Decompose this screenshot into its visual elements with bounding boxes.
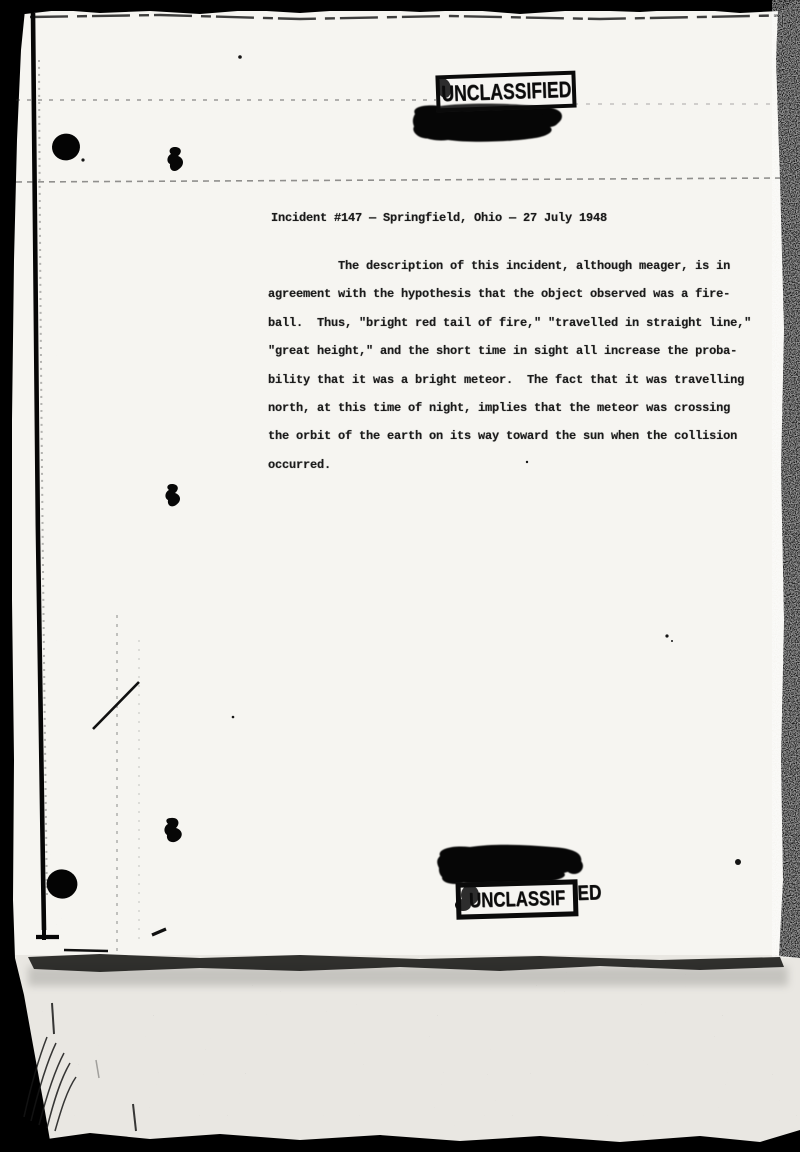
incident-paragraph: The description of this incident, althou… [268,252,768,479]
typewritten-line: The description of this incident, althou… [268,252,768,280]
typewritten-line: "great height," and the short time in si… [268,337,768,365]
paper-page [12,11,784,958]
typewritten-line: ball. Thus, "bright red tail of fire," "… [268,309,768,337]
scanned-document-root: { "stamps": { "top": "UNCLASSIFIED", "bo… [0,0,800,1152]
typewritten-line: occurred. [268,451,768,479]
unclassified-stamp-bottom-overrun: ED [577,881,602,906]
typewritten-line: the orbit of the earth on its way toward… [268,422,768,450]
unclassified-stamp-bottom-label: UNCLASSIF [469,886,566,913]
typewritten-line: agreement with the hypothesis that the o… [268,280,768,308]
typewritten-line: bility that it was a bright meteor. The … [268,366,768,394]
unclassified-stamp-top: UNCLASSIFIED [435,71,576,113]
unclassified-stamp-bottom: UNCLASSIF [456,879,579,919]
typewritten-line: north, at this time of night, implies th… [268,394,768,422]
incident-heading: Incident #147 — Springfield, Ohio — 27 J… [271,211,607,225]
unclassified-stamp-top-label: UNCLASSIFIED [441,76,572,107]
page-bottom-edge-shadow [28,966,788,986]
